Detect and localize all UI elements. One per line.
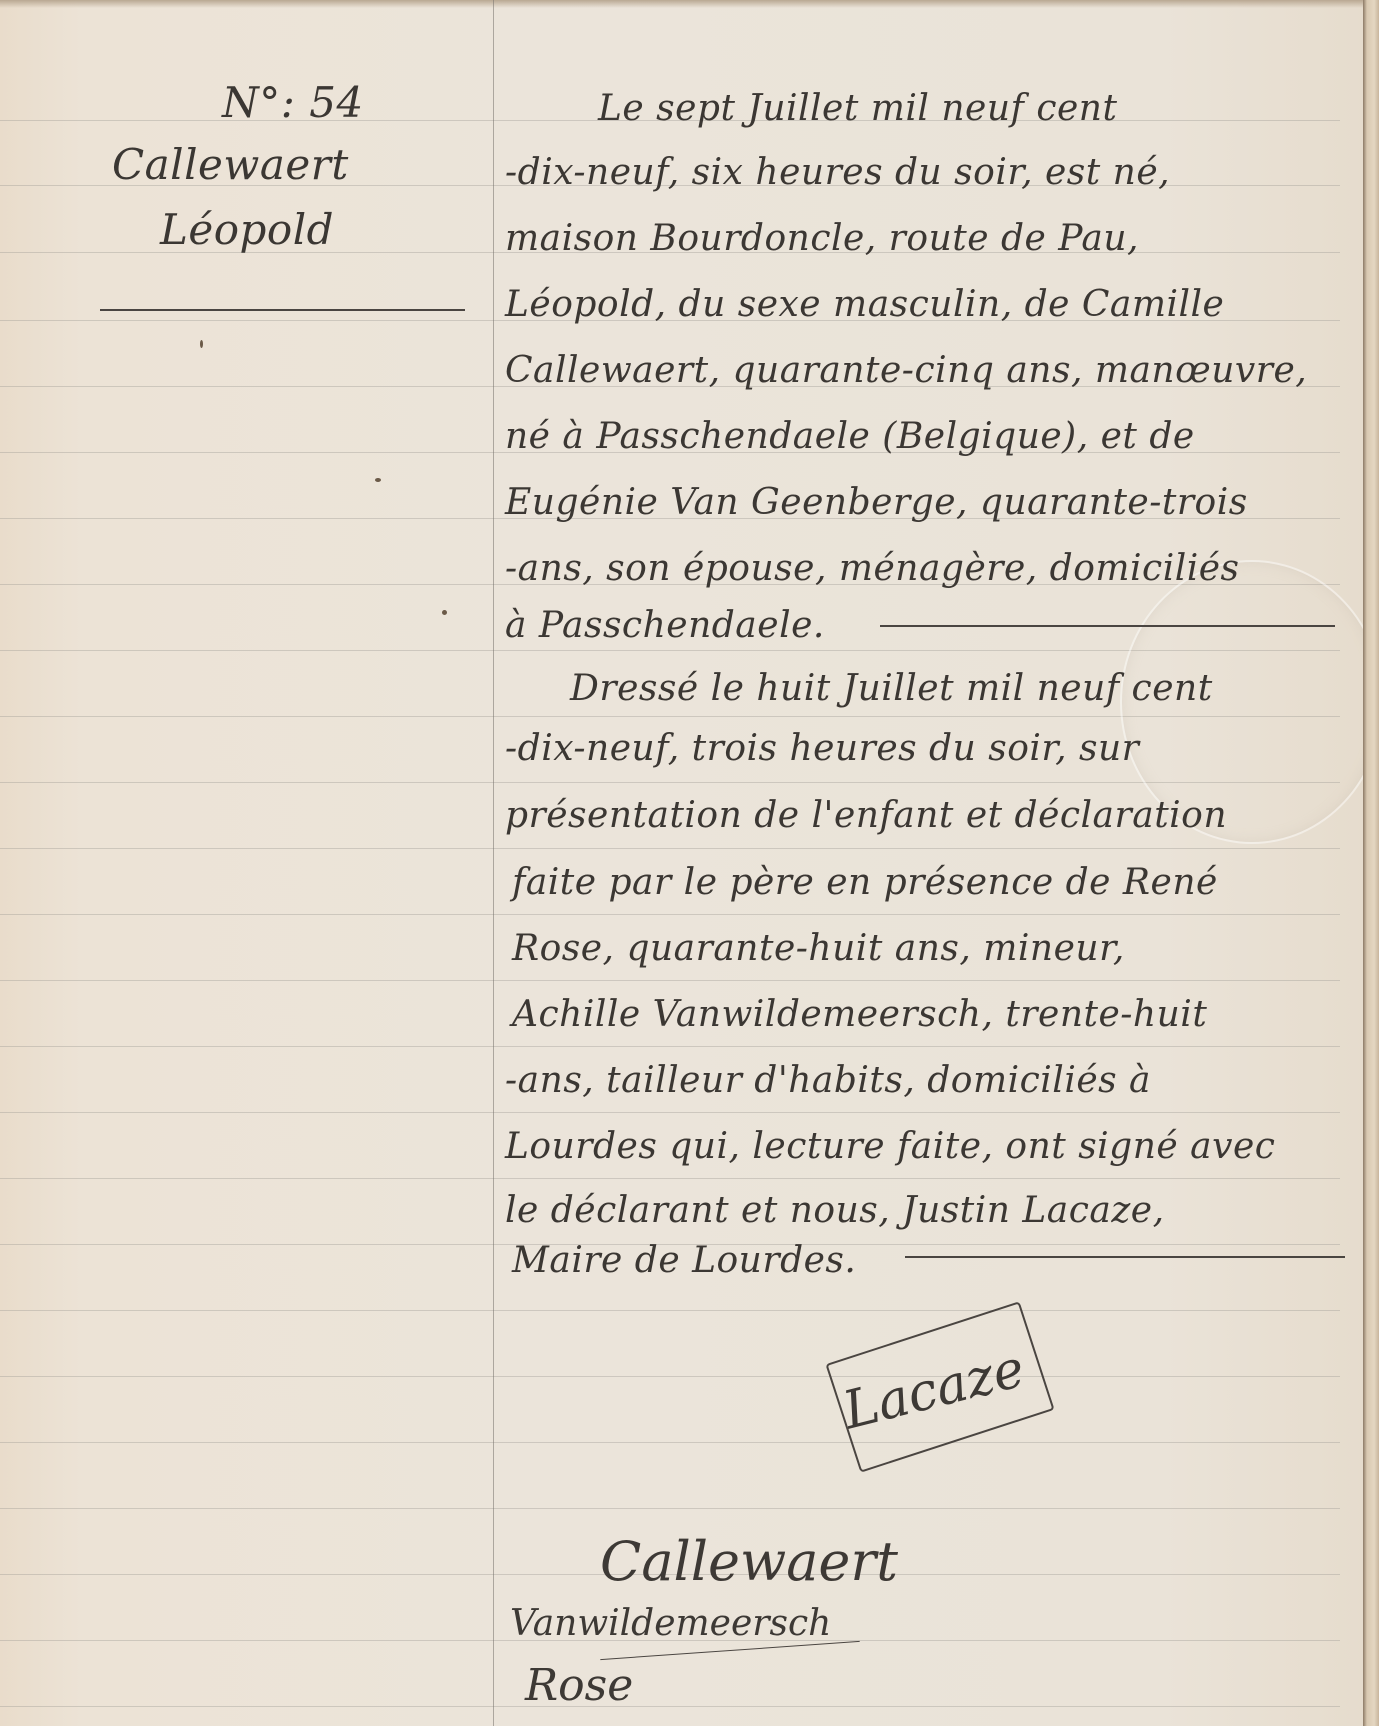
ruled-line xyxy=(0,782,1340,783)
act-line: Rose, quarante-huit ans, mineur, xyxy=(512,928,1125,969)
paper-speck xyxy=(200,340,203,348)
margin-column-divider xyxy=(493,0,494,1726)
act-line: -ans, tailleur d'habits, domiciliés à xyxy=(505,1060,1151,1101)
act-line: -dix-neuf, trois heures du soir, sur xyxy=(505,728,1139,769)
margin-given-name: Léopold xyxy=(160,205,334,254)
act-line: Maire de Lourdes. xyxy=(512,1240,856,1281)
ruled-line xyxy=(0,1508,1340,1509)
act-line: faite par le père en présence de René xyxy=(512,862,1218,903)
act-line: Callewaert, quarante-cinq ans, manœuvre, xyxy=(505,350,1307,391)
act-line: Eugénie Van Geenberge, quarante-trois xyxy=(505,482,1248,523)
act-line: Lourdes qui, lecture faite, ont signé av… xyxy=(505,1126,1275,1167)
act-line: Dressé le huit Juillet mil neuf cent xyxy=(570,668,1213,709)
entry-number: N°: 54 xyxy=(222,78,364,127)
signature-witness-2: Rose xyxy=(525,1660,633,1711)
act-line: né à Passchendaele (Belgique), et de xyxy=(505,416,1195,457)
page-top-shadow xyxy=(0,0,1379,8)
signature-declarant: Callewaert xyxy=(600,1530,898,1593)
register-page: N°: 54 Callewaert Léopold Le sept Juille… xyxy=(0,0,1366,1726)
ruled-line xyxy=(0,1310,1340,1311)
margin-surname: Callewaert xyxy=(112,140,349,189)
ruled-line xyxy=(0,1706,1340,1707)
signature-witness-1: Vanwildemeersch xyxy=(510,1603,831,1644)
ruled-line xyxy=(0,848,1340,849)
paragraph-2-end-line xyxy=(905,1256,1345,1258)
act-line: Achille Vanwildemeersch, trente-huit xyxy=(512,994,1207,1035)
act-line: à Passchendaele. xyxy=(505,605,825,646)
act-line: maison Bourdoncle, route de Pau, xyxy=(505,218,1139,259)
paragraph-1-end-line xyxy=(880,625,1335,627)
page-binding-edge xyxy=(1363,0,1379,1726)
ruled-line xyxy=(0,980,1340,981)
ruled-line xyxy=(0,1376,1340,1377)
ruled-line xyxy=(0,1442,1340,1443)
act-line: -dix-neuf, six heures du soir, est né, xyxy=(505,152,1170,193)
ruled-line xyxy=(0,914,1340,915)
act-line: le déclarant et nous, Justin Lacaze, xyxy=(505,1190,1165,1231)
ruled-line xyxy=(0,1178,1340,1179)
act-line: présentation de l'enfant et déclaration xyxy=(505,795,1227,836)
act-line: Léopold, du sexe masculin, de Camille xyxy=(505,284,1224,325)
act-line: Le sept Juillet mil neuf cent xyxy=(598,88,1117,129)
paper-speck xyxy=(375,478,381,482)
margin-underline xyxy=(100,309,465,311)
ruled-line xyxy=(0,1112,1340,1113)
act-line: -ans, son épouse, ménagère, domiciliés xyxy=(505,548,1240,589)
ruled-line xyxy=(0,1046,1340,1047)
paper-speck xyxy=(442,610,447,615)
